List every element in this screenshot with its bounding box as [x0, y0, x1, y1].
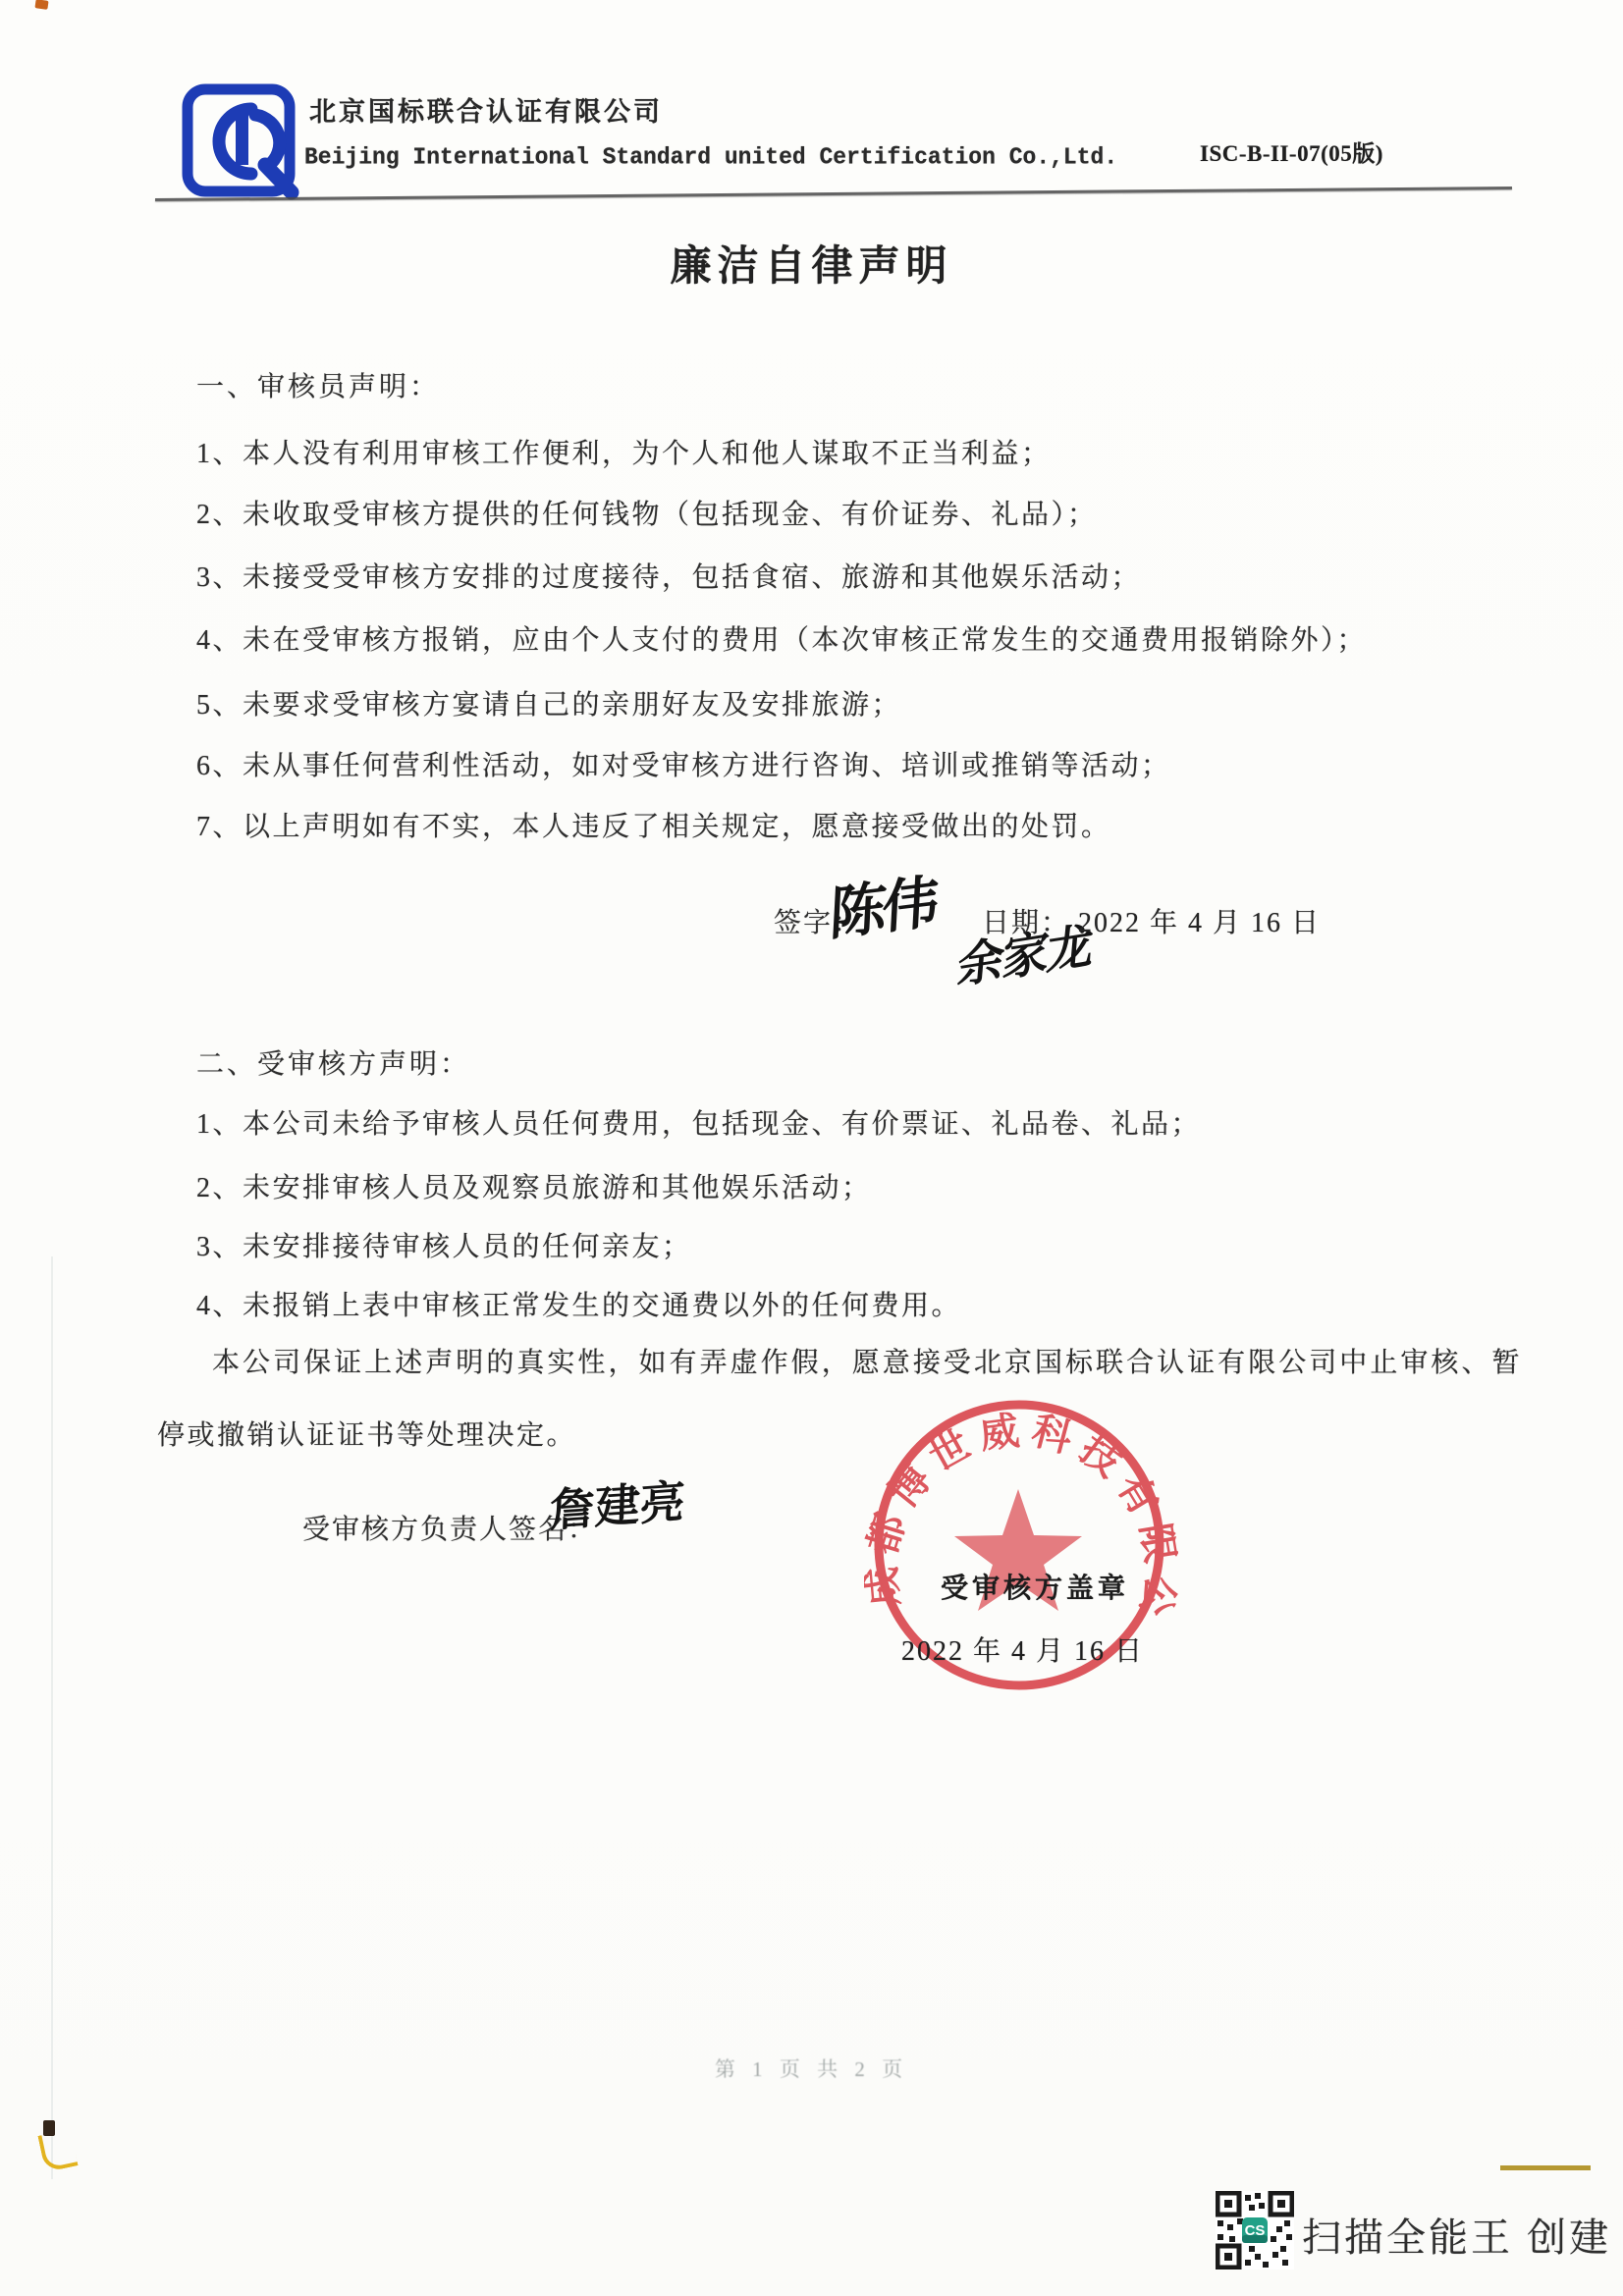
section1-item: 5、未要求受审核方宴请自己的亲朋好友及安排旅游；	[196, 683, 901, 722]
responsible-signature: 詹建亮	[549, 1466, 686, 1540]
scan-artifact-bottom-right	[1500, 2165, 1591, 2170]
date-value: 2022 年 4 月 16 日	[1078, 901, 1321, 940]
date-label: 日期：	[982, 901, 1070, 940]
stamp-overlay-label: 受审核方盖章	[941, 1567, 1129, 1606]
scanned-document-page: 北京国标联合认证有限公司 Beijing International Stand…	[0, 0, 1623, 2296]
scan-artifact-top-left	[34, 0, 48, 10]
document-title: 廉洁自律声明	[0, 234, 1623, 293]
section1-item: 3、未接受受审核方安排的过度接待，包括食宿、旅游和其他娱乐活动；	[196, 556, 1141, 595]
company-name-cn: 北京国标联合认证有限公司	[309, 90, 663, 129]
qr-cs-logo: CS	[1245, 2222, 1266, 2239]
section2-item: 3、未安排接待审核人员的任何亲友；	[196, 1225, 692, 1264]
document-code: ISC-B-II-07(05版)	[1200, 135, 1383, 168]
scan-crease-line	[51, 1256, 53, 2179]
section2-item: 2、未安排审核人员及观察员旅游和其他娱乐活动；	[196, 1166, 872, 1205]
section2-heading: 二、受审核方声明：	[196, 1042, 470, 1082]
scanner-credit-text: 扫描全能王 创建	[1302, 2207, 1611, 2263]
section1-item: 7、以上声明如有不实，本人违反了相关规定，愿意接受做出的处罚。	[196, 805, 1111, 844]
company-name-en: Beijing International Standard united Ce…	[304, 143, 1117, 170]
scan-artifact-bottom-left-yellow	[37, 2129, 78, 2172]
section1-item: 4、未在受审核方报销，应由个人支付的费用（本次审核正常发生的交通费用报销除外）；	[196, 618, 1367, 658]
camscanner-qr-code: CS	[1216, 2191, 1294, 2269]
certification-logo-icon	[181, 82, 300, 202]
section1-item: 2、未收取受审核方提供的任何钱物（包括现金、有价证券、礼品）；	[196, 493, 1098, 532]
auditor-signature-1: 陈伟	[828, 855, 938, 951]
stamp-overlay-date: 2022 年 4 月 16 日	[901, 1629, 1144, 1669]
section1-heading: 一、审核员声明：	[196, 365, 440, 404]
section1-item: 6、未从事任何营利性活动，如对受审核方进行咨询、培训或推销等活动；	[196, 744, 1171, 783]
section2-item: 4、未报销上表中审核正常发生的交通费以外的任何费用。	[196, 1284, 961, 1323]
section1-item: 1、本人没有利用审核工作便利，为个人和他人谋取不正当利益；	[196, 432, 1052, 471]
header-divider	[155, 187, 1512, 201]
section2-item: 1、本公司未给予审核人员任何费用，包括现金、有价票证、礼品卷、礼品；	[196, 1102, 1201, 1142]
page-number-info: 第 1 页 共 2 页	[0, 2054, 1623, 2083]
guarantee-paragraph: 本公司保证上述声明的真实性，如有弄虚作假，愿意接受北京国标联合认证有限公司中止审…	[157, 1327, 1522, 1472]
